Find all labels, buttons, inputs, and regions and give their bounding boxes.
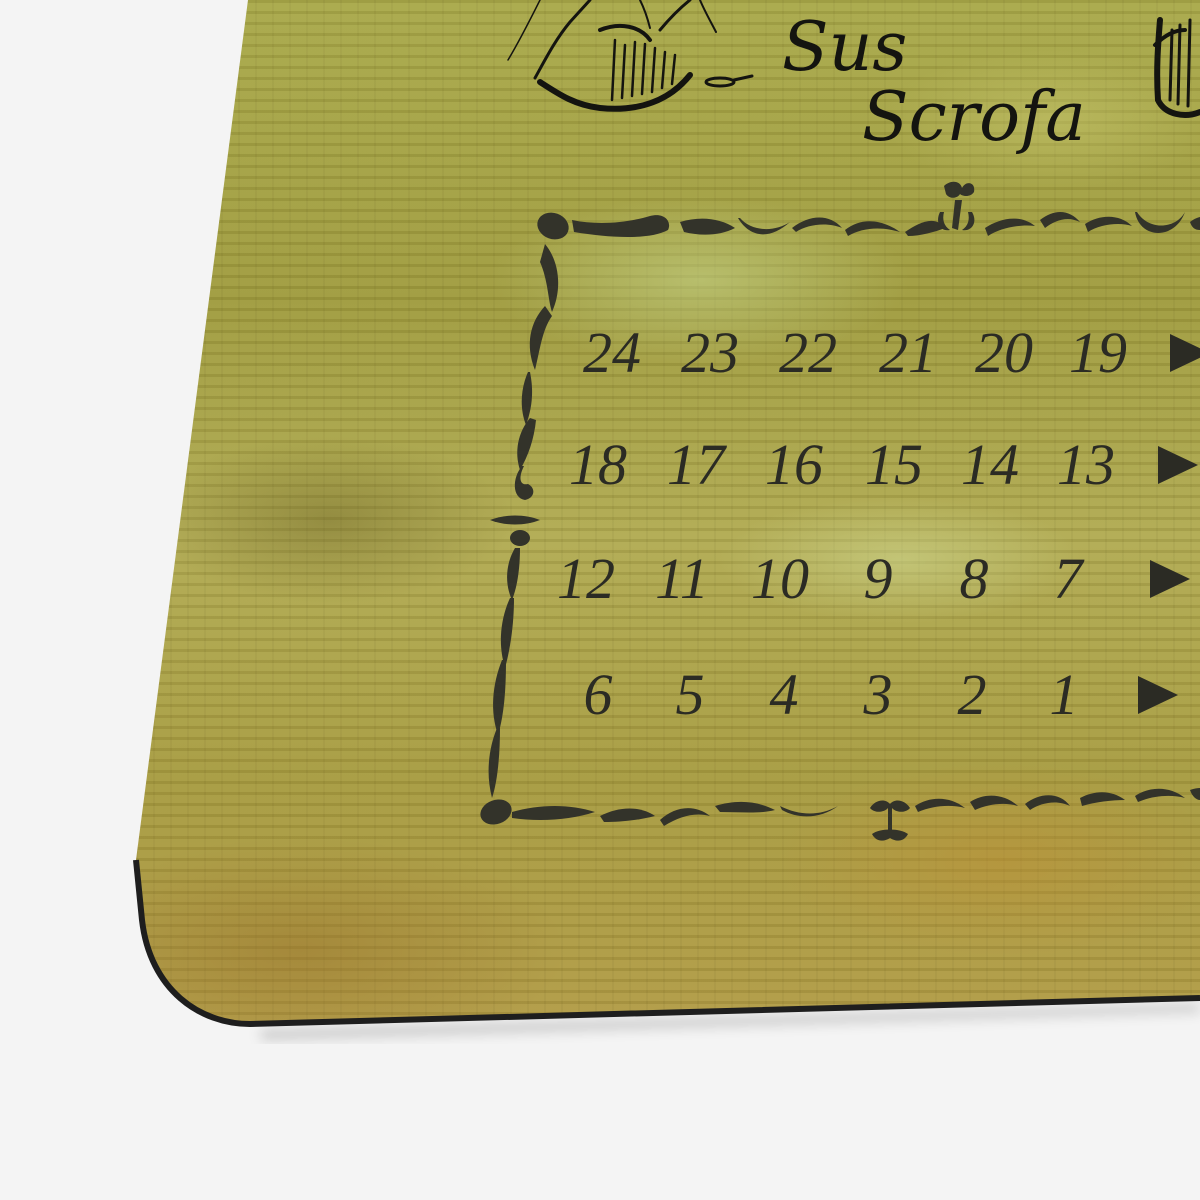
counter-row-3: 12 11 10 9 8 7: [572, 544, 1200, 614]
counter-value: 2: [932, 660, 1012, 730]
counter-value: 15: [854, 430, 934, 500]
counter-value: 14: [950, 430, 1030, 500]
counter-value: 6: [558, 660, 638, 730]
counter-row-1: 24 23 22 21 20 19: [572, 318, 1200, 388]
counter-value: 7: [1028, 544, 1108, 614]
counter-value: 17: [656, 430, 736, 500]
counter-value: 10: [740, 544, 820, 614]
right-arrow-icon: [1158, 446, 1198, 484]
product-photo: Sus Scrofa: [0, 0, 1200, 1200]
counter-value: 16: [754, 430, 834, 500]
right-arrow-icon: [1150, 560, 1190, 598]
counter-value: 18: [558, 430, 638, 500]
counter-value: 20: [964, 318, 1044, 388]
counter-value: 1: [1024, 660, 1104, 730]
counter-value: 19: [1058, 318, 1138, 388]
counter-value: 4: [744, 660, 824, 730]
right-arrow-icon: [1138, 676, 1178, 714]
counter-value: 24: [572, 318, 652, 388]
counter-value: 3: [838, 660, 918, 730]
counter-value: 22: [768, 318, 848, 388]
counter-value: 11: [642, 544, 722, 614]
counter-value: 8: [934, 544, 1014, 614]
counter-value: 9: [838, 544, 918, 614]
counter-value: 13: [1046, 430, 1126, 500]
counter-value: 21: [868, 318, 948, 388]
counter-row-4: 6 5 4 3 2 1: [572, 660, 1200, 730]
counter-value: 23: [670, 318, 750, 388]
right-arrow-icon: [1170, 334, 1200, 372]
counter-value: 5: [650, 660, 730, 730]
counter-row-2: 18 17 16 15 14 13: [572, 430, 1200, 500]
counter-value: 12: [546, 544, 626, 614]
